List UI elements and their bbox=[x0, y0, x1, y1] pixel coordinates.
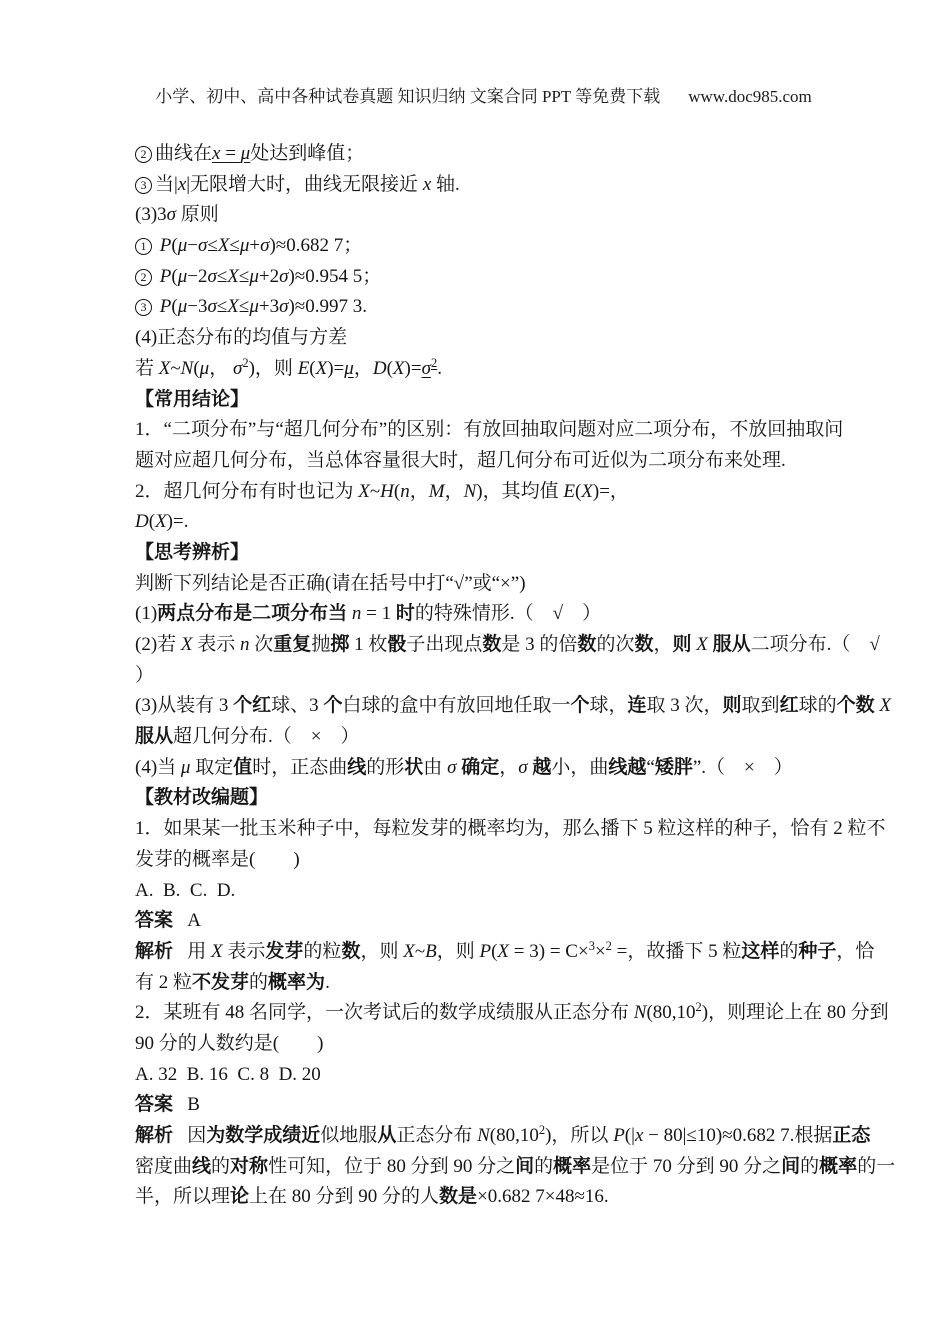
text-segment: −2 bbox=[187, 266, 207, 287]
text-segment: A. 32 B. 16 C. 8 D. 20 bbox=[135, 1064, 321, 1085]
text-segment: σ bbox=[198, 235, 207, 256]
text-segment: (3)3 bbox=[135, 204, 167, 225]
text-segment: )=. bbox=[167, 511, 189, 532]
text-segment: ， bbox=[499, 757, 518, 778]
text-segment: (4)正态分布的均值与方差 bbox=[135, 327, 347, 348]
text-segment: 答案 bbox=[135, 1094, 173, 1115]
text-segment: ， bbox=[209, 358, 233, 379]
text-segment: 值 bbox=[233, 757, 252, 778]
text-segment: X bbox=[181, 634, 193, 655]
text-segment: 取定 bbox=[190, 757, 233, 778]
text-line: 1．“二项分布”与“超几何分布”的区别：有放回抽取问题对应二项分布，不放回抽取问 bbox=[135, 415, 845, 446]
text-segment: 表示 bbox=[223, 941, 266, 962]
text-segment: )=， bbox=[593, 481, 629, 502]
text-segment: X bbox=[358, 481, 370, 502]
text-segment: 取到 bbox=[742, 695, 780, 716]
text-segment: n bbox=[400, 481, 410, 502]
page-header: 小学、初中、高中各种试卷真题 知识归纳 文案合同 PPT 等免费下载www.do… bbox=[0, 62, 950, 127]
text-segment: ， bbox=[354, 358, 373, 379]
text-segment: 原则 bbox=[176, 204, 219, 225]
text-segment: 抛 bbox=[311, 634, 330, 655]
text-line: 判断下列结论是否正确(请在括号中打“√”或“×”) bbox=[135, 569, 845, 600]
text-segment: 骰 bbox=[387, 634, 406, 655]
text-segment: X bbox=[218, 235, 230, 256]
document-page: 小学、初中、高中各种试卷真题 知识归纳 文案合同 PPT 等免费下载www.do… bbox=[0, 0, 950, 1344]
text-segment: )，则理论上在 80 分到 bbox=[702, 1002, 889, 1023]
text-segment: D bbox=[373, 358, 387, 379]
text-segment: x bbox=[212, 143, 225, 164]
text-segment: 90 分的人数约是( ) bbox=[135, 1033, 323, 1054]
text-line: 【常用结论】 bbox=[135, 385, 845, 416]
text-segment: 若 bbox=[135, 358, 159, 379]
text-segment: 发芽的概率是( ) bbox=[135, 849, 300, 870]
text-segment: 数 bbox=[341, 941, 360, 962]
text-segment: = 3) = C× bbox=[509, 941, 589, 962]
text-segment: 有 2 粒 bbox=[135, 972, 192, 993]
text-line: 【思考辨析】 bbox=[135, 538, 845, 569]
text-segment: 个红 bbox=[233, 695, 271, 716]
text-segment: σ bbox=[422, 358, 431, 379]
text-segment: N bbox=[181, 358, 194, 379]
text-segment: 二项分布.（ √ bbox=[751, 634, 880, 655]
text-segment: 服从 bbox=[135, 726, 173, 747]
text-line: A. B. C. D. bbox=[135, 876, 845, 907]
text-segment: 红 bbox=[780, 695, 799, 716]
text-segment: P bbox=[613, 1125, 625, 1146]
text-segment: X bbox=[497, 941, 509, 962]
text-segment: 为数学成绩近 bbox=[206, 1125, 320, 1146]
text-segment: − bbox=[187, 235, 198, 256]
text-line: 若 X~N(μ， σ2)，则 E(X)=μ，D(X)=σ2. bbox=[135, 354, 845, 385]
text-segment: )= bbox=[327, 358, 344, 379]
text-line: (1)两点分布是二项分布当 n = 1 时的特殊情形.（ √ ） bbox=[135, 599, 845, 630]
text-segment: 间 bbox=[515, 1156, 534, 1177]
text-segment: 1 枚 bbox=[349, 634, 387, 655]
text-segment: 白球的盒中有放回地任取一 bbox=[342, 695, 570, 716]
text-segment: ，恰 bbox=[836, 941, 874, 962]
text-line: 1 P(μ−σ≤X≤μ+σ)≈0.682 7； bbox=[135, 231, 845, 262]
text-segment: 不发芽 bbox=[192, 972, 249, 993]
text-line: (4)当 μ 取定值时，正态曲线的形状由 σ 确定，σ 越小，曲线越“矮胖”.（… bbox=[135, 753, 845, 784]
text-segment: P bbox=[479, 941, 491, 962]
text-segment: N bbox=[477, 1125, 490, 1146]
text-segment: ≤ bbox=[217, 266, 227, 287]
text-line: 有 2 粒不发芽的概率为. bbox=[135, 968, 845, 999]
text-segment: |无限增大时，曲线无限接近 bbox=[186, 174, 423, 195]
text-segment: 次 bbox=[250, 634, 274, 655]
text-segment: 个 bbox=[570, 695, 589, 716]
text-segment: 当| bbox=[155, 174, 178, 195]
text-segment: 线 bbox=[192, 1156, 211, 1177]
text-segment: 的次 bbox=[596, 634, 634, 655]
text-segment: 1．如果某一批玉米种子中，每粒发芽的概率均为，那么播下 5 粒这样的种子，恰有 … bbox=[135, 818, 886, 839]
text-segment: σ bbox=[233, 358, 242, 379]
text-segment: 解析 bbox=[135, 1125, 173, 1146]
text-segment: 似地服 bbox=[320, 1125, 377, 1146]
text-segment: A. B. C. D. bbox=[135, 880, 235, 901]
text-segment: 的 bbox=[800, 1156, 819, 1177]
text-segment: 小，曲 bbox=[551, 757, 608, 778]
text-segment: 曲线在 bbox=[155, 143, 212, 164]
text-segment: 的 bbox=[249, 972, 268, 993]
text-segment: 确定 bbox=[461, 757, 499, 778]
text-segment: 的 bbox=[779, 941, 798, 962]
text-segment: 个数 bbox=[837, 695, 875, 716]
text-segment: 重复 bbox=[273, 634, 311, 655]
text-segment: 的 bbox=[534, 1156, 553, 1177]
text-segment: 球、3 bbox=[271, 695, 323, 716]
text-segment: − 80|≤10)≈0.682 7.根据 bbox=[643, 1125, 832, 1146]
text-segment: M bbox=[429, 481, 445, 502]
text-segment: ”.（ × ） bbox=[693, 757, 793, 778]
text-line: 2 P(μ−2σ≤X≤μ+2σ)≈0.954 5； bbox=[135, 262, 845, 293]
text-line: 3当|x|无限增大时，曲线无限接近 x 轴. bbox=[135, 170, 845, 201]
text-segment: 表示 bbox=[193, 634, 241, 655]
text-segment: 上在 80 分到 90 分的人 bbox=[249, 1186, 439, 1207]
text-segment: 的特殊情形.（ √ ） bbox=[415, 603, 601, 624]
text-segment: 矮胖 bbox=[655, 757, 693, 778]
text-segment: 两点分布是二项分布当 bbox=[157, 603, 347, 624]
text-segment: ≤ bbox=[239, 266, 249, 287]
text-segment: 时，正态曲 bbox=[252, 757, 347, 778]
text-segment: x bbox=[423, 174, 431, 195]
text-line: 90 分的人数约是( ) bbox=[135, 1029, 845, 1060]
circled-number: 2 bbox=[135, 146, 152, 163]
text-segment: μ bbox=[249, 266, 259, 287]
text-line: (3)3σ 原则 bbox=[135, 200, 845, 231]
text-segment: H bbox=[380, 481, 394, 502]
text-segment: ≤ bbox=[207, 235, 217, 256]
text-segment: = bbox=[225, 143, 240, 164]
text-line: 半，所以理论上在 80 分到 90 分的人数是×0.682 7×48≈16. bbox=[135, 1182, 845, 1213]
text-segment: )，其均值 bbox=[476, 481, 563, 502]
text-line: A. 32 B. 16 C. 8 D. 20 bbox=[135, 1060, 845, 1091]
text-segment: 1．“二项分布”与“超几何分布”的区别：有放回抽取问题对应二项分布，不放回抽取问 bbox=[135, 419, 843, 440]
text-segment: ） bbox=[135, 665, 154, 686]
text-segment: 越 bbox=[532, 757, 551, 778]
text-segment: +2 bbox=[259, 266, 279, 287]
text-segment: 题对应超几何分布，当总体容量很大时，超几何分布可近似为二项分布来处理. bbox=[135, 450, 786, 471]
text-segment: σ bbox=[167, 204, 176, 225]
text-segment: 数是 bbox=[439, 1186, 477, 1207]
text-segment: X bbox=[159, 358, 171, 379]
text-segment: ， bbox=[410, 481, 429, 502]
circled-number: 3 bbox=[135, 177, 152, 194]
text-segment: “ bbox=[646, 757, 654, 778]
text-segment: ×0.682 7×48≈16. bbox=[477, 1186, 609, 1207]
text-segment: X bbox=[211, 941, 223, 962]
text-segment: μ bbox=[240, 235, 250, 256]
text-segment: × bbox=[595, 941, 606, 962]
text-segment: (80,10 bbox=[490, 1125, 539, 1146]
text-segment: 数 bbox=[577, 634, 596, 655]
text-segment: ~ bbox=[370, 481, 380, 502]
text-segment: 服从 bbox=[713, 634, 751, 655]
text-segment: ≤ bbox=[239, 296, 249, 317]
text-segment: ≤ bbox=[229, 235, 239, 256]
text-segment: = 1 bbox=[361, 603, 395, 624]
text-segment: 用 bbox=[173, 941, 211, 962]
text-segment: 数 bbox=[482, 634, 501, 655]
text-segment: μ bbox=[241, 143, 251, 164]
text-segment: (1) bbox=[135, 603, 157, 624]
text-line: 发芽的概率是( ) bbox=[135, 845, 845, 876]
text-segment: μ bbox=[200, 358, 210, 379]
text-segment: X bbox=[696, 634, 708, 655]
text-segment: 【常用结论】 bbox=[135, 389, 249, 410]
text-segment: 时 bbox=[396, 603, 415, 624]
text-segment: 2．超几何分布有时也记为 bbox=[135, 481, 358, 502]
text-segment: 这样 bbox=[741, 941, 779, 962]
text-segment: 概率 bbox=[553, 1156, 591, 1177]
text-segment: P bbox=[160, 296, 172, 317]
text-segment: P bbox=[160, 235, 172, 256]
text-line: (2)若 X 表示 n 次重复抛掷 1 枚骰子出现点数是 3 的倍数的次数，则 … bbox=[135, 630, 845, 661]
text-segment: 线 bbox=[347, 757, 366, 778]
text-segment: ~ bbox=[415, 941, 425, 962]
text-segment: 发芽 bbox=[265, 941, 303, 962]
text-line: ） bbox=[135, 661, 845, 692]
text-segment: X bbox=[227, 296, 239, 317]
text-line: 密度曲线的对称性可知，位于 80 分到 90 分之间的概率是位于 70 分到 9… bbox=[135, 1152, 845, 1183]
text-segment: X bbox=[393, 358, 405, 379]
text-segment: 的一 bbox=[857, 1156, 895, 1177]
text-segment: E bbox=[563, 481, 575, 502]
text-segment: X bbox=[316, 358, 328, 379]
text-segment: 是位于 70 分到 90 分之 bbox=[591, 1156, 781, 1177]
text-segment: . bbox=[437, 358, 442, 379]
text-segment: D bbox=[135, 511, 149, 532]
text-line: 题对应超几何分布，当总体容量很大时，超几何分布可近似为二项分布来处理. bbox=[135, 446, 845, 477]
text-segment: N bbox=[634, 1002, 647, 1023]
text-segment: X bbox=[879, 695, 891, 716]
text-segment: μ bbox=[249, 296, 259, 317]
text-segment: B bbox=[173, 1094, 200, 1115]
text-line: 2．某班有 48 名同学，一次考试后的数学成绩服从正态分布 N(80,102)，… bbox=[135, 998, 845, 1029]
text-segment: (| bbox=[625, 1125, 635, 1146]
text-segment: 答案 bbox=[135, 910, 173, 931]
text-segment: + bbox=[249, 235, 260, 256]
text-segment: 对称 bbox=[230, 1156, 268, 1177]
text-segment: 取 3 次， bbox=[647, 695, 723, 716]
text-segment: )≈0.997 3. bbox=[288, 296, 367, 317]
text-segment: 状 bbox=[404, 757, 423, 778]
text-segment: (80,10 bbox=[646, 1002, 695, 1023]
text-line: 2．超几何分布有时也记为 X~H(n，M，N)，其均值 E(X)=， bbox=[135, 477, 845, 508]
text-line: 【教材改编题】 bbox=[135, 783, 845, 814]
text-segment: 2．某班有 48 名同学，一次考试后的数学成绩服从正态分布 bbox=[135, 1002, 634, 1023]
text-segment: (3)从装有 3 bbox=[135, 695, 233, 716]
text-segment: ， bbox=[445, 481, 464, 502]
text-segment: 的 bbox=[211, 1156, 230, 1177]
text-segment: μ bbox=[178, 235, 188, 256]
text-line: 3 P(μ−3σ≤X≤μ+3σ)≈0.997 3. bbox=[135, 292, 845, 323]
text-segment: 则 bbox=[672, 634, 691, 655]
text-segment: σ bbox=[207, 296, 216, 317]
text-segment: 连 bbox=[628, 695, 647, 716]
circled-number: 1 bbox=[135, 238, 152, 255]
header-notice: 小学、初中、高中各种试卷真题 知识归纳 文案合同 PPT 等免费下载 bbox=[155, 87, 660, 106]
text-segment: X bbox=[227, 266, 239, 287]
text-segment: 半，所以理 bbox=[135, 1186, 230, 1207]
text-segment: 论 bbox=[230, 1186, 249, 1207]
circled-number: 2 bbox=[135, 269, 152, 286]
text-segment: )，所以 bbox=[545, 1125, 613, 1146]
text-segment: 【思考辨析】 bbox=[135, 542, 249, 563]
text-line: (4)正态分布的均值与方差 bbox=[135, 323, 845, 354]
text-segment: 概率为 bbox=[268, 972, 325, 993]
text-segment: 个 bbox=[323, 695, 342, 716]
text-segment: σ bbox=[518, 757, 527, 778]
text-segment: μ bbox=[344, 358, 354, 379]
text-segment: 种子 bbox=[798, 941, 836, 962]
text-segment: =，故播下 5 粒 bbox=[612, 941, 741, 962]
text-segment: X bbox=[403, 941, 415, 962]
text-segment: )≈0.682 7； bbox=[269, 235, 362, 256]
text-segment: μ bbox=[178, 296, 188, 317]
text-segment: E bbox=[298, 358, 310, 379]
text-line: 2曲线在x = μ处达到峰值； bbox=[135, 139, 845, 170]
text-segment: . bbox=[325, 972, 330, 993]
text-segment: 数 bbox=[634, 634, 653, 655]
text-segment: 正态分布 bbox=[396, 1125, 477, 1146]
text-segment: B bbox=[425, 941, 437, 962]
text-segment: 判断下列结论是否正确(请在括号中打“√”或“×”) bbox=[135, 573, 526, 594]
text-segment: 球的 bbox=[799, 695, 837, 716]
header-site-url[interactable]: www.doc985.com bbox=[688, 87, 812, 106]
text-segment: ，则 bbox=[360, 941, 403, 962]
text-segment: 间 bbox=[781, 1156, 800, 1177]
text-segment: 轴. bbox=[431, 174, 460, 195]
document-body: 2曲线在x = μ处达到峰值；3当|x|无限增大时，曲线无限接近 x 轴.(3)… bbox=[135, 139, 845, 1213]
text-segment: ，则 bbox=[437, 941, 480, 962]
text-segment: 线越 bbox=[608, 757, 646, 778]
text-line: 服从超几何分布.（ × ） bbox=[135, 722, 845, 753]
text-line: 答案 A bbox=[135, 906, 845, 937]
text-line: (3)从装有 3 个红球、3 个白球的盒中有放回地任取一个球，连取 3 次，则取… bbox=[135, 691, 845, 722]
text-line: 1．如果某一批玉米种子中，每粒发芽的概率均为，那么播下 5 粒这样的种子，恰有 … bbox=[135, 814, 845, 845]
text-segment: )= bbox=[405, 358, 422, 379]
text-segment: 球， bbox=[589, 695, 627, 716]
text-segment: 是 3 的倍 bbox=[501, 634, 577, 655]
text-segment: 的形 bbox=[366, 757, 404, 778]
text-segment: n bbox=[352, 603, 362, 624]
text-segment: 掷 bbox=[330, 634, 349, 655]
text-segment: X bbox=[155, 511, 167, 532]
text-segment: 性可知，位于 80 分到 90 分之 bbox=[268, 1156, 515, 1177]
text-segment: 正态 bbox=[832, 1125, 870, 1146]
text-segment: +3 bbox=[259, 296, 279, 317]
text-segment: P bbox=[160, 266, 172, 287]
text-segment: −3 bbox=[187, 296, 207, 317]
text-segment: )≈0.954 5； bbox=[288, 266, 381, 287]
text-segment: ， bbox=[653, 634, 672, 655]
text-line: 解析 因为数学成绩近似地服从正态分布 N(80,102)，所以 P(|x − 8… bbox=[135, 1121, 845, 1152]
text-segment: 密度曲 bbox=[135, 1156, 192, 1177]
text-segment: μ bbox=[178, 266, 188, 287]
text-segment: 【教材改编题】 bbox=[135, 787, 268, 808]
text-segment: (4)当 bbox=[135, 757, 181, 778]
text-segment: 则 bbox=[723, 695, 742, 716]
text-segment: 解析 bbox=[135, 941, 173, 962]
text-segment: N bbox=[464, 481, 477, 502]
text-line: D(X)=. bbox=[135, 507, 845, 538]
text-segment: 由 bbox=[423, 757, 447, 778]
text-segment: A bbox=[173, 910, 201, 931]
text-segment: 从 bbox=[377, 1125, 396, 1146]
text-line: 解析 用 X 表示发芽的粒数，则 X~B，则 P(X = 3) = C×3×2 … bbox=[135, 937, 845, 968]
text-segment: X bbox=[581, 481, 593, 502]
text-segment: ≤ bbox=[217, 296, 227, 317]
text-segment: 处达到峰值； bbox=[250, 143, 364, 164]
text-segment: σ bbox=[207, 266, 216, 287]
text-segment: 超几何分布.（ × ） bbox=[173, 726, 359, 747]
text-segment: 的粒 bbox=[303, 941, 341, 962]
text-segment: x bbox=[178, 174, 186, 195]
circled-number: 3 bbox=[135, 299, 152, 316]
text-segment: n bbox=[240, 634, 250, 655]
text-segment: )，则 bbox=[249, 358, 298, 379]
text-segment: 子出现点 bbox=[406, 634, 482, 655]
text-segment: (2)若 bbox=[135, 634, 181, 655]
text-line: 答案 B bbox=[135, 1090, 845, 1121]
text-segment: 因 bbox=[173, 1125, 206, 1146]
text-segment: 概率 bbox=[819, 1156, 857, 1177]
text-segment: ~ bbox=[170, 358, 180, 379]
